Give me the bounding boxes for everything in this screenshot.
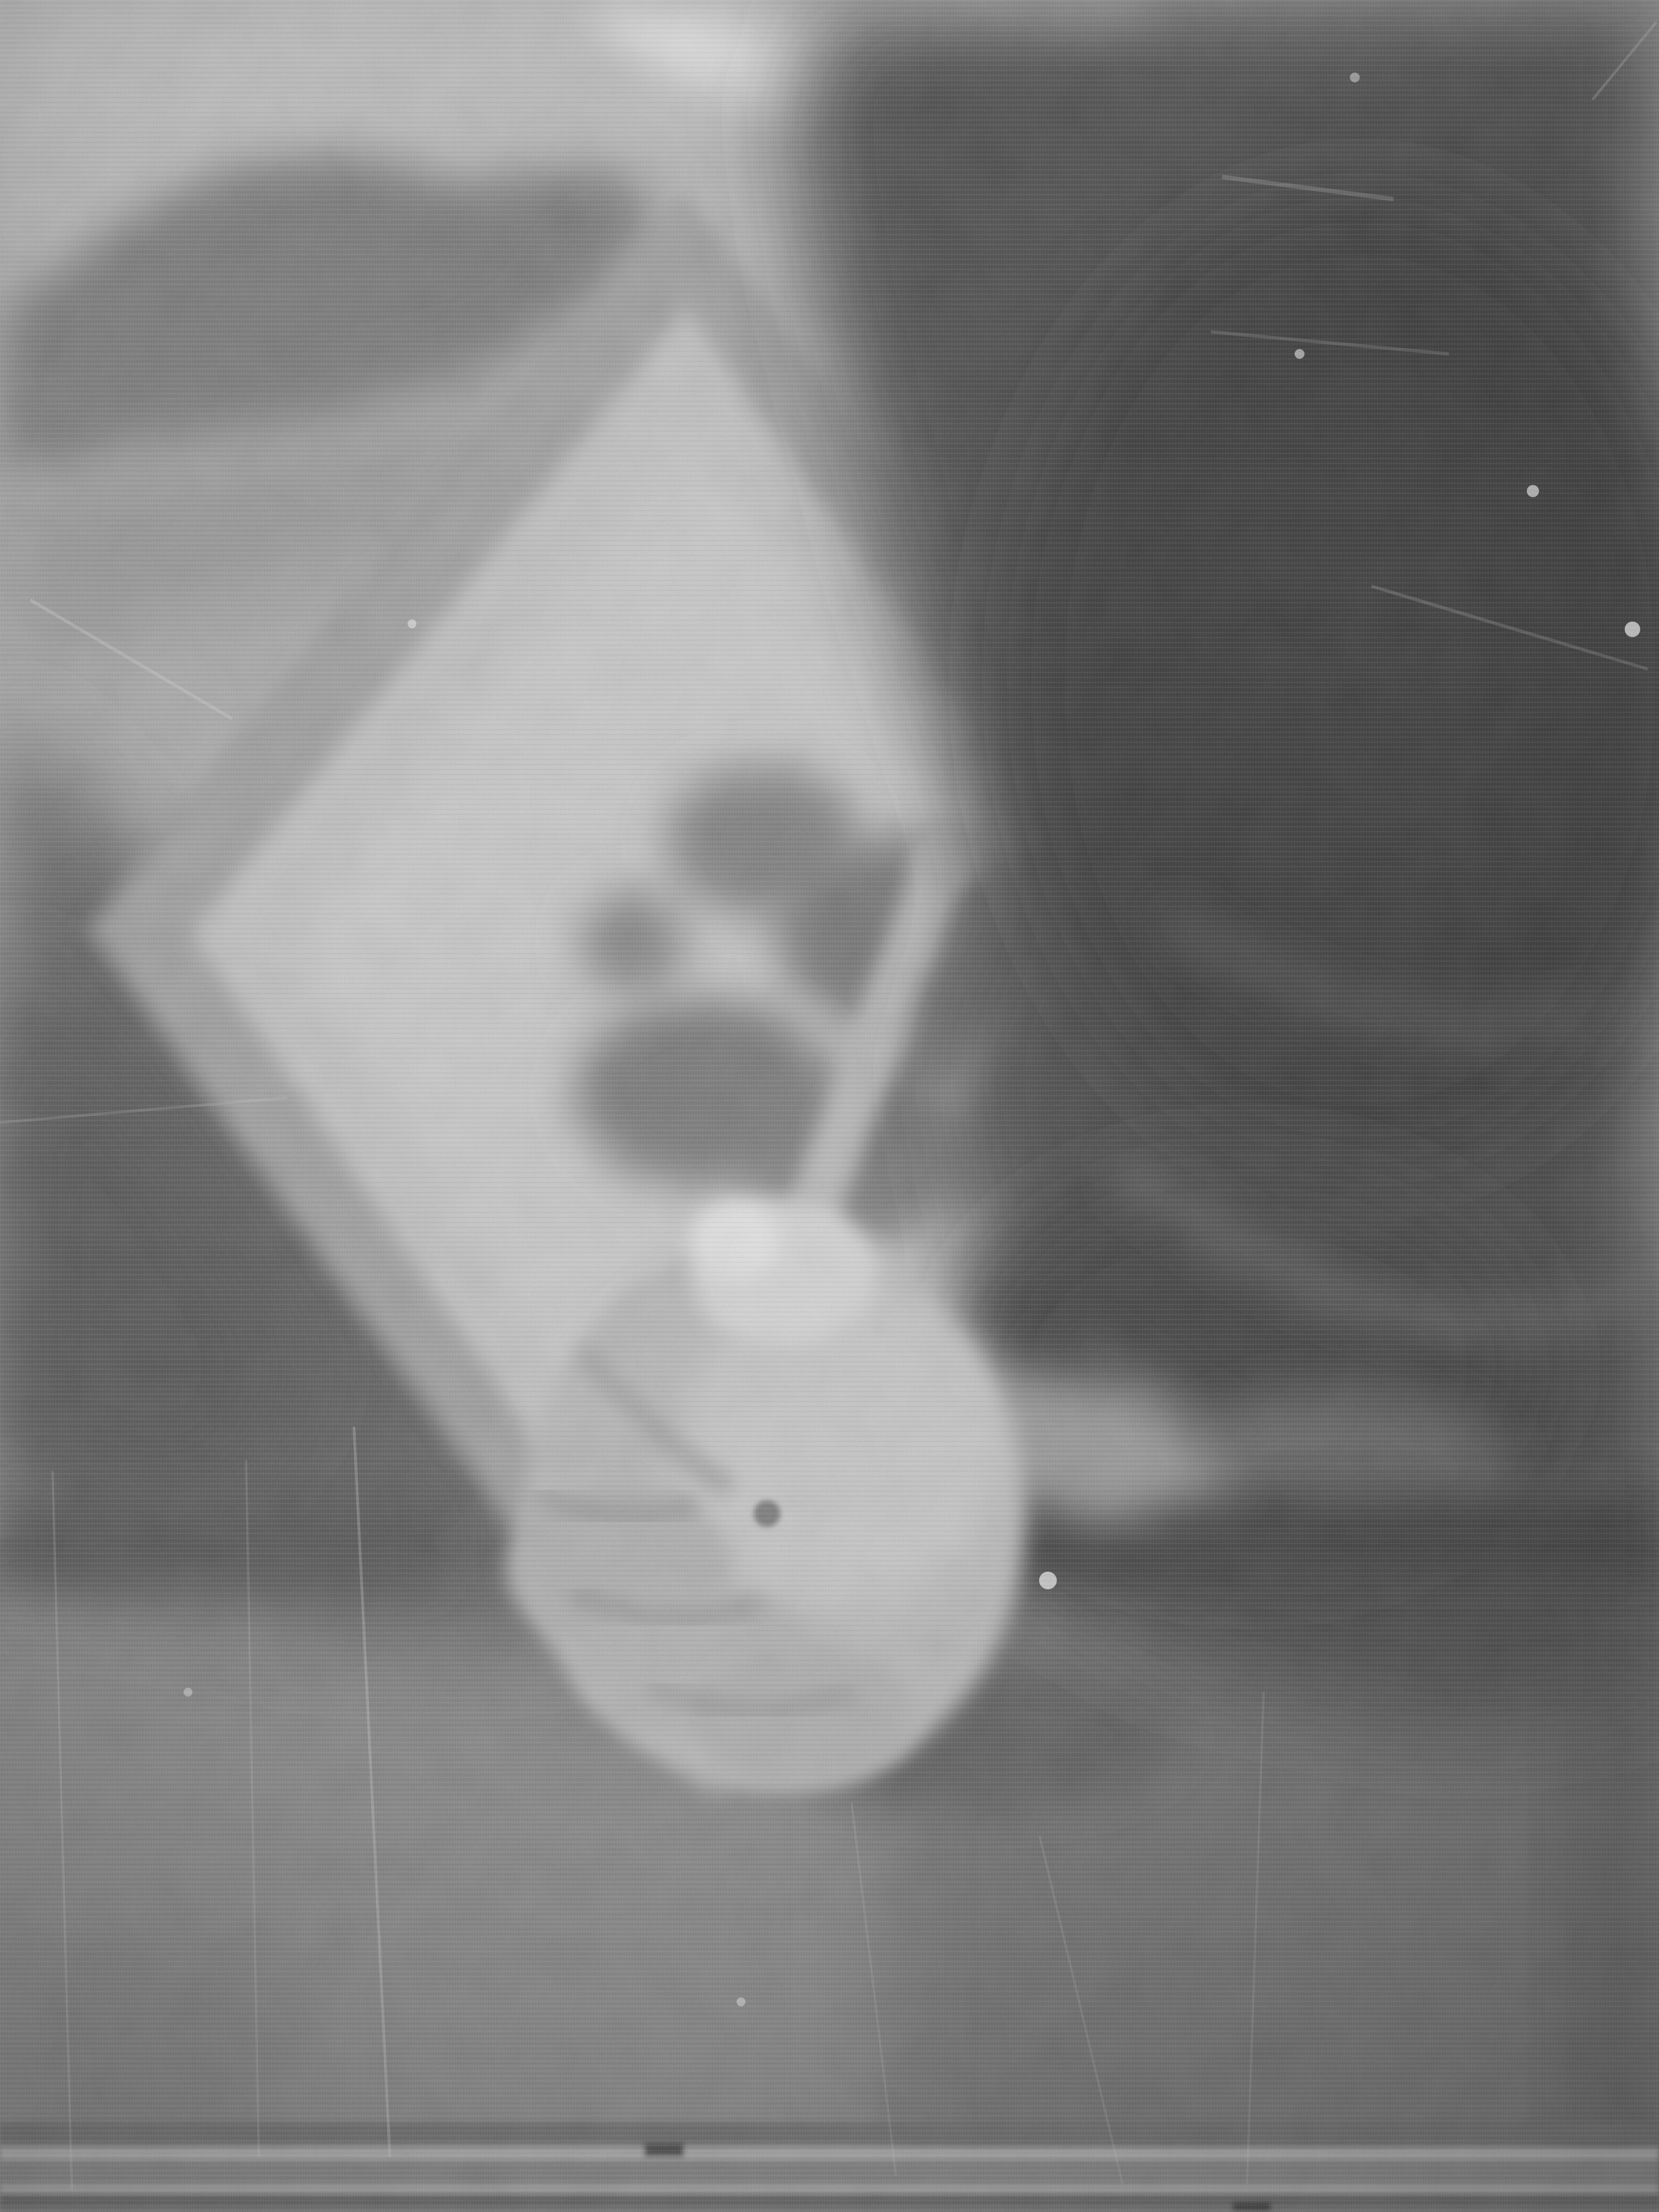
photo-canvas xyxy=(0,0,1659,2212)
film-grain xyxy=(0,0,1659,2212)
vintage-photograph xyxy=(0,0,1659,2212)
